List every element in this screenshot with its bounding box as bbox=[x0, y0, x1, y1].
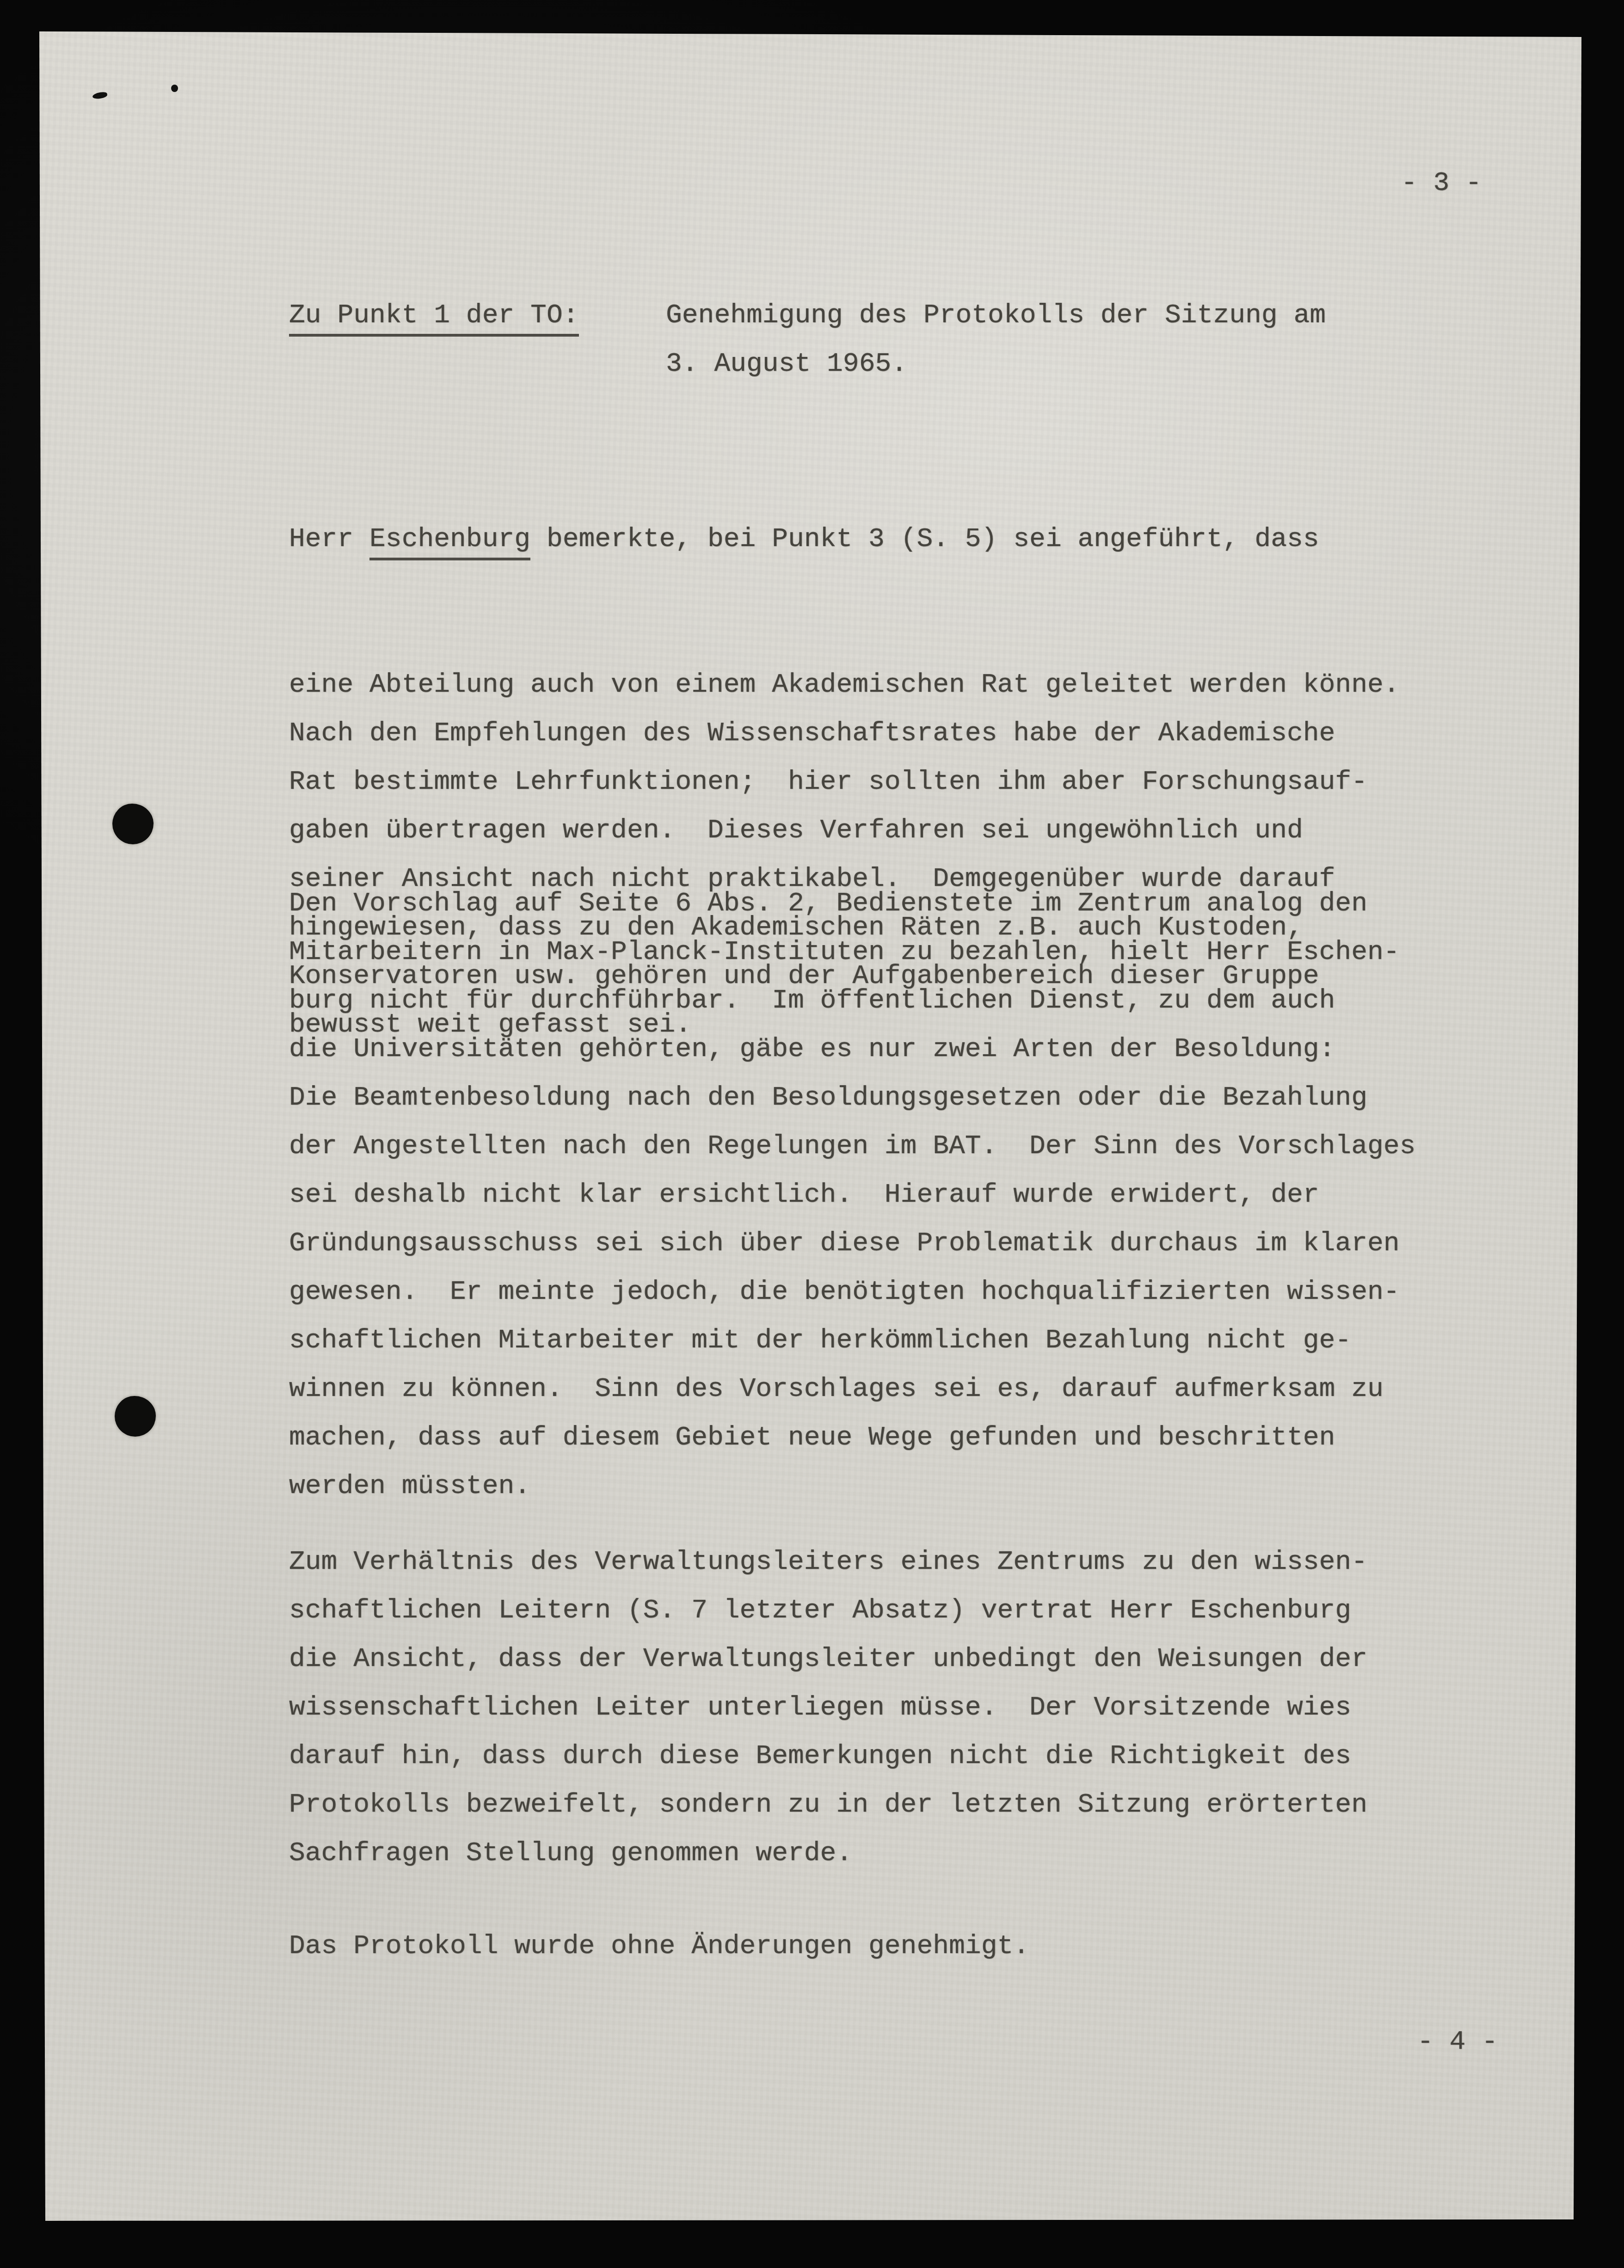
text-line: Die Beamtenbesoldung nach den Besoldungs… bbox=[289, 1074, 1415, 1122]
text-line: gaben übertragen werden. Dieses Verfahre… bbox=[289, 806, 1400, 855]
text-line: Nach den Empfehlungen des Wissenschaftsr… bbox=[289, 709, 1400, 758]
text-line: schaftlichen Leitern (S. 7 letzter Absat… bbox=[289, 1586, 1367, 1635]
text-line: winnen zu können. Sinn des Vorschlages s… bbox=[289, 1365, 1415, 1414]
text-line: Den Vorschlag auf Seite 6 Abs. 2, Bedien… bbox=[289, 879, 1415, 928]
page-number-top: - 3 - bbox=[1401, 159, 1482, 208]
hole-punch-bottom bbox=[115, 1396, 156, 1437]
paragraph-3: Zum Verhältnis des Verwaltungsleiters ei… bbox=[289, 1538, 1367, 1878]
underlined-name: Eschenburg bbox=[369, 524, 530, 560]
text-line: die Ansicht, dass der Verwaltungsleiter … bbox=[289, 1635, 1367, 1684]
text-line: wissenschaftlichen Leiter unterliegen mü… bbox=[289, 1684, 1367, 1732]
text-line: eine Abteilung auch von einem Akademisch… bbox=[289, 661, 1400, 709]
page-number-bottom: - 4 - bbox=[1417, 2018, 1498, 2066]
agenda-item-title-line1: Genehmigung des Protokolls der Sitzung a… bbox=[666, 291, 1326, 340]
text-line: der Angestellten nach den Regelungen im … bbox=[289, 1122, 1415, 1171]
hole-punch-top bbox=[112, 804, 154, 844]
agenda-item-label-text: Zu Punkt 1 der TO: bbox=[289, 301, 579, 337]
text-line: machen, dass auf diesem Gebiet neue Wege… bbox=[289, 1414, 1415, 1462]
text-run: bemerkte, bei Punkt 3 (S. 5) sei angefüh… bbox=[530, 524, 1319, 554]
scanned-document: - 3 - Zu Punkt 1 der TO: Genehmigung des… bbox=[0, 0, 1624, 2268]
text-line: Sachfragen Stellung genommen werde. bbox=[289, 1829, 1367, 1878]
text-run: Herr bbox=[289, 524, 369, 554]
text-line: schaftlichen Mitarbeiter mit der herkömm… bbox=[289, 1316, 1415, 1365]
text-line: sei deshalb nicht klar ersichtlich. Hier… bbox=[289, 1171, 1415, 1219]
text-line: Rat bestimmte Lehrfunktionen; hier sollt… bbox=[289, 758, 1400, 806]
text-line: burg nicht für durchführbar. Im öffentli… bbox=[289, 977, 1415, 1025]
stray-ink-mark bbox=[171, 85, 178, 92]
agenda-item-label: Zu Punkt 1 der TO: bbox=[289, 291, 579, 340]
paragraph-2: Den Vorschlag auf Seite 6 Abs. 2, Bedien… bbox=[289, 879, 1415, 1511]
text-line: Herr Eschenburg bemerkte, bei Punkt 3 (S… bbox=[289, 515, 1400, 564]
text-line: darauf hin, dass durch diese Bemerkungen… bbox=[289, 1732, 1367, 1781]
text-line: Zum Verhältnis des Verwaltungsleiters ei… bbox=[289, 1538, 1367, 1586]
text-line: Das Protokoll wurde ohne Änderungen gene… bbox=[289, 1922, 1029, 1971]
text-line: Mitarbeitern in Max-Planck-Instituten zu… bbox=[289, 928, 1415, 977]
text-line: Gründungsausschuss sei sich über diese P… bbox=[289, 1219, 1415, 1268]
text-line: die Universitäten gehörten, gäbe es nur … bbox=[289, 1025, 1415, 1074]
text-line: Protokolls bezweifelt, sondern zu in der… bbox=[289, 1781, 1367, 1829]
text-line: gewesen. Er meinte jedoch, die benötigte… bbox=[289, 1268, 1415, 1316]
paragraph-4: Das Protokoll wurde ohne Änderungen gene… bbox=[289, 1922, 1029, 1971]
text-line: werden müssten. bbox=[289, 1462, 1415, 1511]
agenda-item-title-line2: 3. August 1965. bbox=[666, 340, 907, 388]
